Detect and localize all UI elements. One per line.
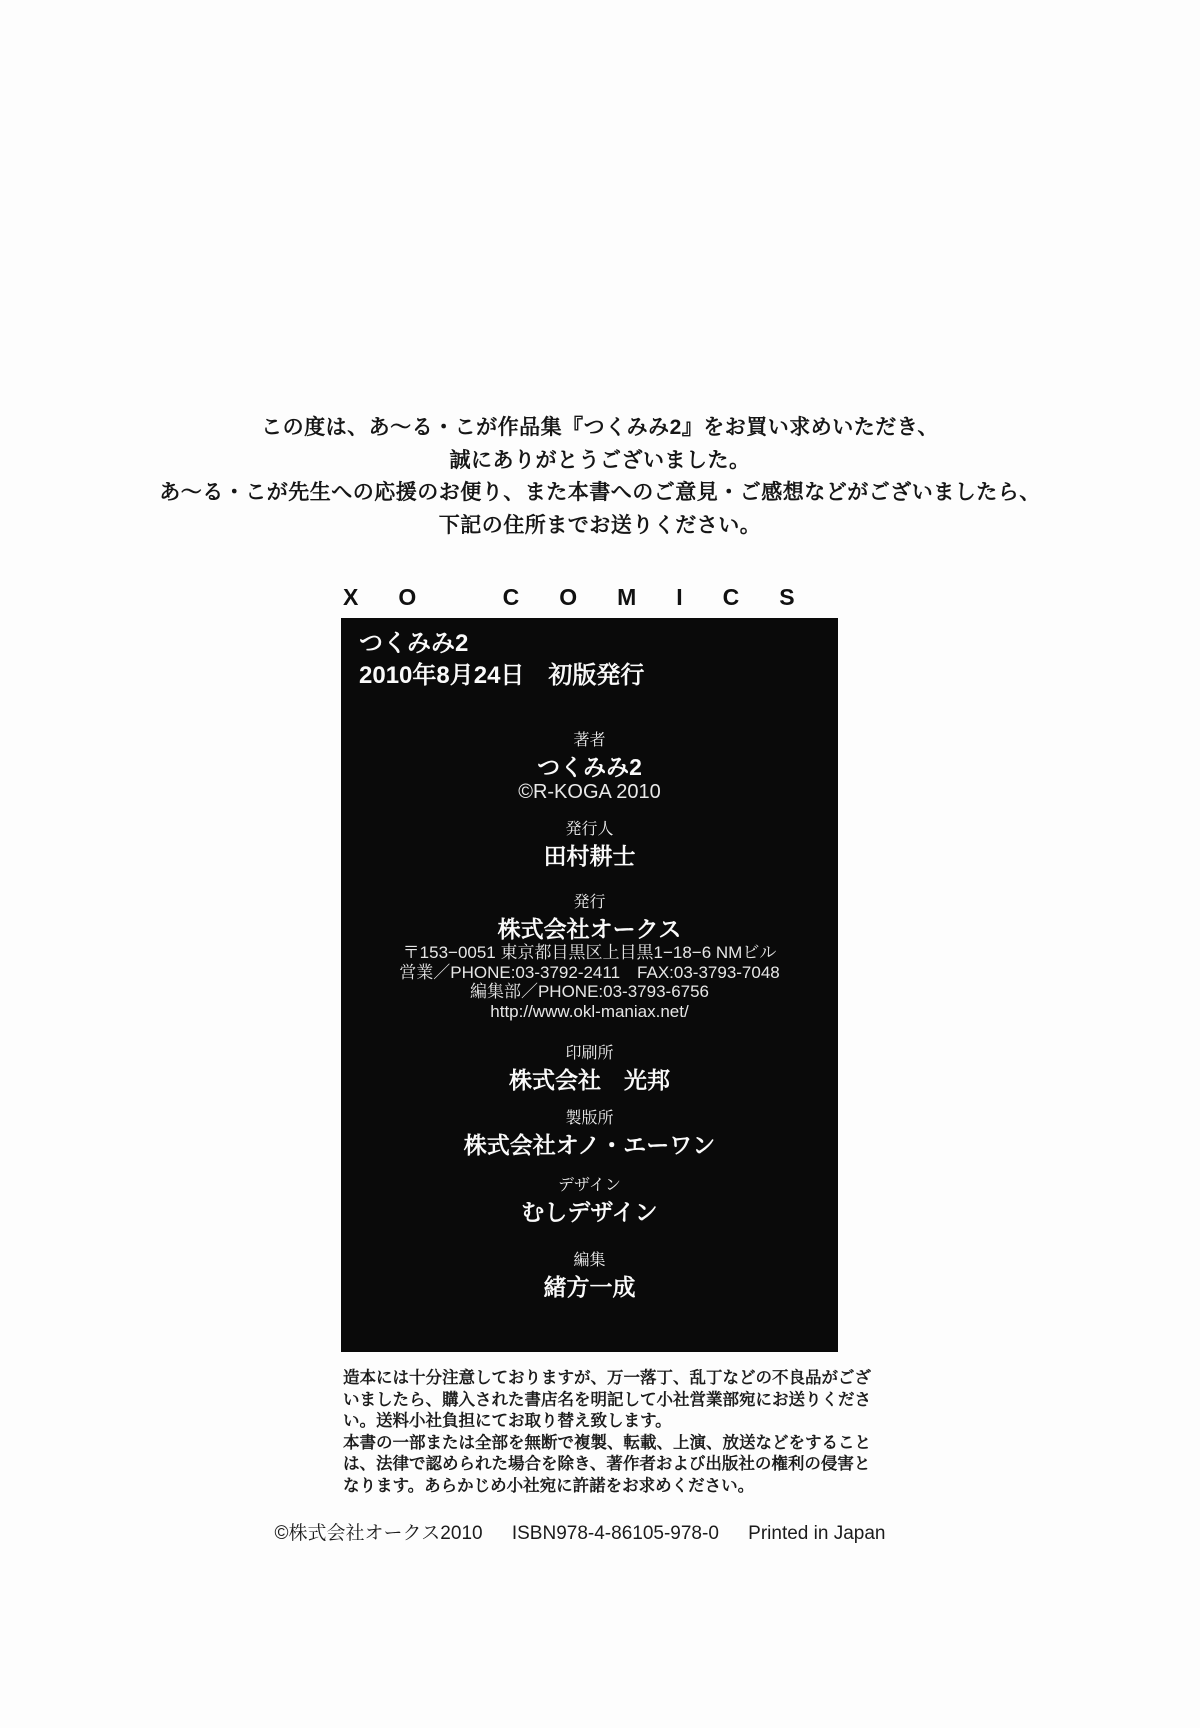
section-label: 発行 [359,894,820,912]
author-copyright: ©R-KOGA 2010 [359,781,820,803]
legal-notice-line: なります。あらかじめ小社宛に許諾をお求めください。 [343,1476,843,1498]
section-publisher: 発行 株式会社オークス 〒153−0051 東京都目黒区上目黒1−18−6 NM… [359,894,820,1021]
section-label: 印刷所 [359,1045,820,1063]
footer-line: ©株式会社オークス2010 ISBN978-4-86105-978-0 Prin… [0,1518,1160,1545]
section-author: 著者 つくみみ2 ©R-KOGA 2010 [359,732,820,803]
colophon-box: つくみみ2 2010年8月24日 初版発行 著者 つくみみ2 ©R-KOGA 2… [341,618,838,1352]
section-label: 発行人 [359,821,820,839]
section-label: 編集 [359,1252,820,1270]
publisher-person-name: 田村耕士 [359,842,820,870]
publisher-name: 株式会社オークス [359,915,820,943]
thank-you-message: この度は、あ〜る・こが作品集『つくみみ2』をお買い求めいただき、 誠にありがとう… [0,412,1200,542]
colophon-page: この度は、あ〜る・こが作品集『つくみみ2』をお買い求めいただき、 誠にありがとう… [0,0,1200,1728]
section-label: デザイン [359,1177,820,1195]
section-label: 製版所 [359,1110,820,1128]
section-publisher-person: 発行人 田村耕士 [359,821,820,870]
publisher-editorial-phone: 編集部／PHONE:03-3793-6756 [359,982,820,1002]
section-platemaker: 製版所 株式会社オノ・エーワン [359,1110,820,1159]
printer-name: 株式会社 光邦 [359,1066,820,1094]
platemaker-name: 株式会社オノ・エーワン [359,1131,820,1159]
section-design: デザイン むしデザイン [359,1177,820,1226]
publisher-address: 〒153−0051 東京都目黒区上目黒1−18−6 NMビル [359,943,820,963]
copyright-text: ©株式会社オークス2010 [275,1523,483,1544]
imprint-logo-text: XO COMICS [343,584,840,611]
section-editor: 編集 緒方一成 [359,1252,820,1301]
edition-date: 2010年8月24日 初版発行 [359,660,820,692]
thank-you-line: 誠にありがとうございました。 [0,445,1200,478]
publisher-sales-phone: 営業／PHONE:03-3792-2411 FAX:03-3793-7048 [359,963,820,983]
thank-you-line: 下記の住所までお送りください。 [0,510,1200,543]
printed-in-text: Printed in Japan [748,1523,885,1544]
isbn-number: ISBN978-4-86105-978-0 [512,1523,719,1544]
colophon-head: つくみみ2 2010年8月24日 初版発行 [359,628,820,692]
legal-notice-line: は、法律で認められた場合を除き、著作者および出版社の権利の侵害と [343,1454,843,1476]
designer-name: むしデザイン [359,1198,820,1226]
legal-notice-line: 造本には十分注意しておりますが、万一落丁、乱丁などの不良品がござ [343,1368,843,1390]
editor-name: 緒方一成 [359,1273,820,1301]
legal-notice-line: 本書の一部または全部を無断で複製、転載、上演、放送などをすること [343,1433,843,1455]
legal-notice-line: いましたら、購入された書店名を明記して小社営業部宛にお送りくださ [343,1390,843,1412]
thank-you-line: あ〜る・こが先生への応援のお便り、また本書へのご意見・ご感想などがございましたら… [0,477,1200,510]
author-name: つくみみ2 [359,753,820,781]
legal-notice-line: い。送料小社負担にてお取り替え致します。 [343,1411,843,1433]
legal-notice: 造本には十分注意しておりますが、万一落丁、乱丁などの不良品がござ いましたら、購… [343,1368,843,1498]
section-printer: 印刷所 株式会社 光邦 [359,1045,820,1094]
book-title: つくみみ2 [359,628,820,660]
publisher-url: http://www.okl-maniax.net/ [359,1002,820,1022]
section-label: 著者 [359,732,820,750]
thank-you-line: この度は、あ〜る・こが作品集『つくみみ2』をお買い求めいただき、 [0,412,1200,445]
